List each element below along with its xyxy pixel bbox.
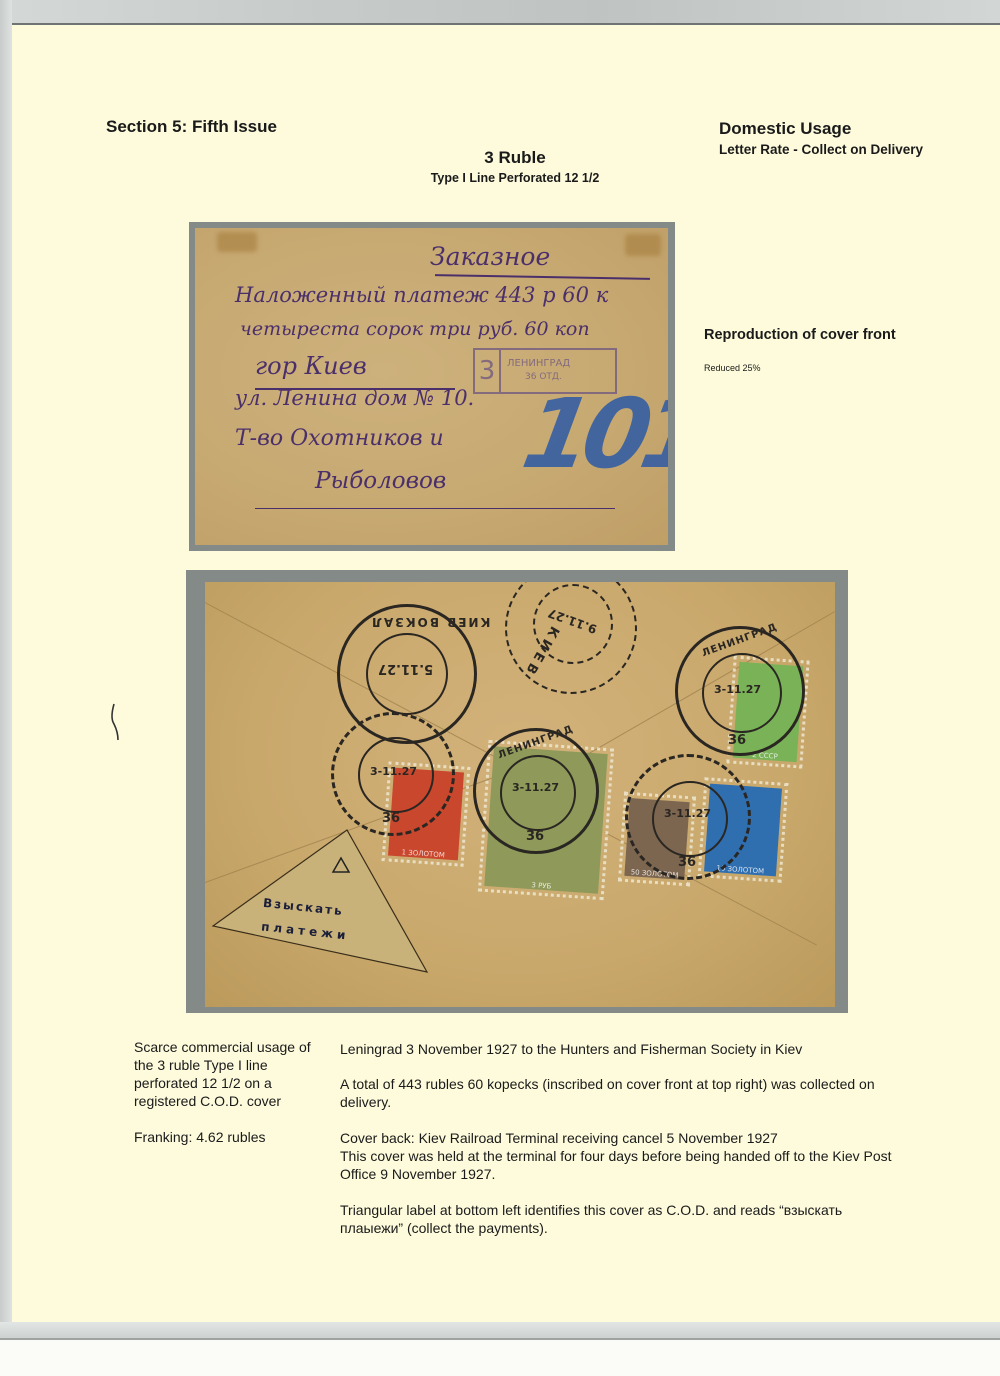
handwriting-line: четыреста сорок три руб. 60 коп — [240, 318, 590, 340]
stain — [217, 232, 257, 252]
postmark-date: 3-11.27 — [370, 765, 417, 778]
scanner-edge-bottom — [0, 1322, 1000, 1340]
handwriting-line: Т-во Охотников и — [235, 426, 444, 451]
cover-front-image: Заказное Наложенный платеж 443 р 60 к че… — [195, 228, 668, 545]
cover-back-image: 1 ЗОЛОТОМ 3 РУБ 50 ЗОЛОТОМ 10 ЗОЛОТОМ 2 … — [205, 582, 835, 1007]
postmark-date: 3-11.27 — [664, 807, 711, 820]
underline — [435, 274, 650, 280]
usage-subtitle: Letter Rate - Collect on Delivery — [719, 142, 923, 157]
registration-office: ЛЕНИНГРАД — [507, 358, 570, 369]
cover-back-line-1: Cover back: Kiev Railroad Terminal recei… — [340, 1129, 900, 1147]
page-title: 3 Ruble — [400, 148, 630, 168]
handwriting-line: Наложенный платеж 443 р 60 к — [235, 283, 608, 307]
postmark-office: 36 — [728, 733, 746, 748]
postmark-office: 36 — [526, 829, 544, 844]
postmark-city: КИЕВ ВОКЗАЛ — [370, 615, 490, 629]
postmark-office: 36 — [678, 855, 696, 870]
blue-crayon-mark: 101 — [515, 378, 668, 490]
handwriting-line: Рыболовов — [315, 468, 446, 494]
stain — [625, 234, 661, 256]
postmark-kiev: 9.11.27 КИЕВ — [505, 582, 637, 694]
cover-description: Scarce commercial usage of the 3 ruble T… — [134, 1038, 324, 1110]
cover-back-description: Cover back: Kiev Railroad Terminal recei… — [340, 1129, 900, 1183]
route-description: Leningrad 3 November 1927 to the Hunters… — [340, 1040, 900, 1058]
handwriting-line: Заказное — [430, 242, 550, 271]
handwriting-line: ул. Ленина дом № 10. — [235, 386, 474, 410]
postmark-date: 5.11.27 — [378, 661, 433, 676]
cover-back-line-2: This cover was held at the terminal for … — [340, 1147, 900, 1183]
underline — [255, 508, 615, 509]
usage-title: Domestic Usage — [719, 119, 851, 139]
postmark-leningrad: 3-11.27 36 ЛЕНИНГРАД — [473, 728, 599, 854]
postmark-date: 3-11.27 — [512, 781, 559, 794]
franking-note: Franking: 4.62 rubles — [134, 1128, 266, 1146]
postmark-office: 36 — [382, 811, 400, 826]
page-subtitle: Type I Line Perforated 12 1/2 — [380, 171, 650, 185]
reduction-note: Reduced 25% — [704, 363, 761, 373]
handwriting-line: гор Киев — [255, 352, 367, 380]
postmark-date: 3-11.27 — [714, 683, 761, 696]
postmark-leningrad: 3-11.27 36 ЛЕНИНГРАД — [675, 626, 805, 756]
section-title: Section 5: Fifth Issue — [106, 117, 277, 137]
triangle-label-description: Triangular label at bottom left identifi… — [340, 1201, 900, 1237]
scanner-edge-left — [0, 0, 12, 1340]
scanner-edge-top — [0, 0, 1000, 24]
reproduction-caption: Reproduction of cover front — [704, 327, 896, 343]
postmark-leningrad: 3-11.27 36 — [625, 754, 751, 880]
pencil-mark — [104, 702, 124, 742]
postmark-leningrad: 3-11.27 36 — [331, 712, 455, 836]
registration-number: 3 — [475, 350, 501, 392]
cod-amount-description: A total of 443 rubles 60 kopecks (inscri… — [340, 1075, 900, 1111]
